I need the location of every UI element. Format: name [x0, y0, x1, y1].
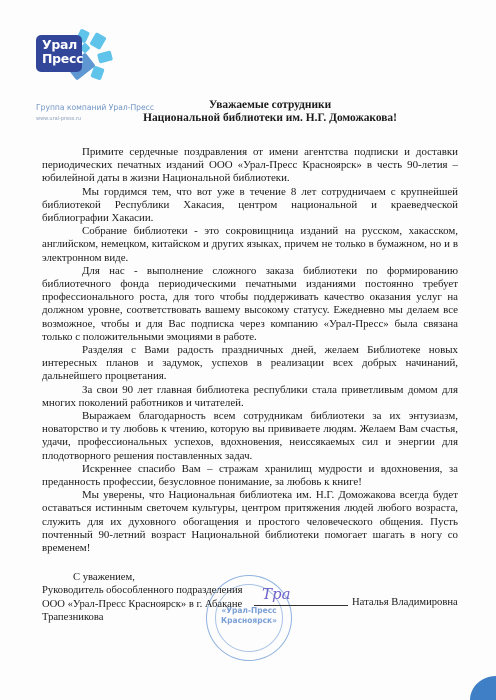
paragraph: Выражаем благодарность всем сотрудникам …: [42, 410, 458, 463]
paragraph: Искреннее спасибо Вам – стражам хранилищ…: [42, 463, 458, 489]
logo-line1: Урал: [42, 38, 82, 52]
letter-body: Примите сердечные поздравления от имени …: [42, 146, 458, 555]
closing-greeting: С уважением,: [42, 571, 243, 584]
logo-petal: [89, 32, 106, 50]
position-line1: Руководитель обособленного подразделения: [42, 584, 243, 597]
paragraph: Примите сердечные поздравления от имени …: [42, 146, 458, 186]
logo-line2: Пресс: [42, 52, 82, 66]
website-link[interactable]: www.ural-press.ru: [36, 116, 81, 122]
heading-line2: Национальной библиотеки им. Н.Г. Доможак…: [120, 112, 420, 125]
paragraph: Мы уверены, что Национальная библиотека …: [42, 489, 458, 555]
closing-block: С уважением, Руководитель обособленного …: [42, 571, 243, 625]
paragraph: Для нас - выполнение сложного заказа биб…: [42, 265, 458, 344]
corner-decoration: [470, 676, 496, 700]
signer-surname: Трапезникова: [42, 611, 243, 624]
logo-petal: [97, 50, 113, 63]
heading-line1: Уважаемые сотрудники: [120, 99, 420, 112]
handwritten-signature: Тра: [262, 585, 291, 603]
signer-name: Наталья Владимировна: [352, 597, 458, 608]
letter-heading: Уважаемые сотрудники Национальной библио…: [120, 99, 420, 125]
paragraph: Разделяя с Вами радость праздничных дней…: [42, 344, 458, 384]
paragraph: За свои 90 лет главная библиотека респуб…: [42, 384, 458, 410]
logo-wordmark: Урал Пресс: [36, 35, 82, 72]
position-line2: ООО «Урал-Пресс Красноярск» в г. Абакане: [42, 598, 243, 611]
paragraph: Собрание библиотеки - это сокровищница и…: [42, 225, 458, 265]
company-logo: Урал Пресс: [36, 30, 116, 88]
paragraph: Мы гордимся тем, что вот уже в течение 8…: [42, 186, 458, 226]
